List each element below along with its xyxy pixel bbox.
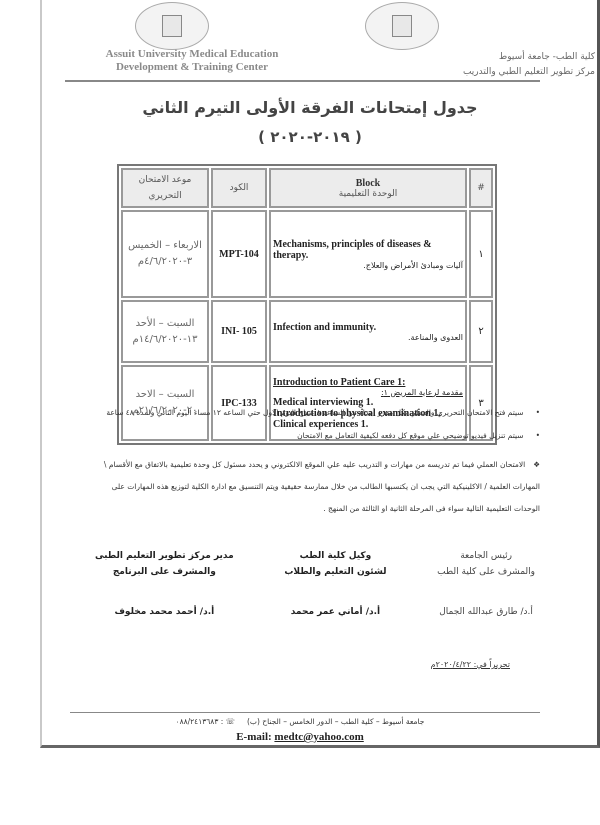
row-date: الاربعاء – الخميس ٣-٤/٦/٢٠٢٠م (121, 210, 209, 298)
header-date: موعد الامتحان التحريري (121, 168, 209, 208)
block-item: Medical interviewing 1. (273, 397, 463, 408)
block-ar: العدوى والمناعة. (273, 333, 463, 342)
row-num: ٢ (469, 300, 493, 363)
table-row: ١ Mechanisms, principles of diseases & t… (121, 210, 493, 298)
sig-name: أ.د/ طارق عبدالله الجمال (437, 604, 535, 620)
email-link[interactable]: medtc@yahoo.com (274, 731, 363, 743)
date-value: ١٣-١٤/٦/٢٠٢٠م (125, 332, 205, 348)
footer-phone: ☏ : ٠٨٨/٢٤١٣٦٨٣ (176, 717, 236, 726)
page-title: جدول إمتحانات الفرقة الأولى التيرم الثان… (100, 98, 520, 117)
sig-title1: مدير مركز تطوير التعليم الطبى (95, 548, 234, 564)
issue-date: تحريراً في: ٢٠٢٠/٤/٢٢م (380, 660, 510, 669)
signature-center-director: مدير مركز تطوير التعليم الطبى والمشرف عل… (95, 548, 234, 620)
page-subtitle: ( ٢٠١٩-٢٠٢٠ ) (100, 128, 520, 146)
sig-title2: والمشرف على كلية الطب (437, 564, 535, 580)
header-num: # (469, 168, 493, 208)
practical-line-3: الوحدات التعليمية التالية سواء فى المرحل… (60, 498, 540, 520)
table-row: ٢ Infection and immunity. العدوى والمناع… (121, 300, 493, 363)
header-en-line2: Development & Training Center (82, 61, 302, 74)
header-divider (65, 80, 540, 82)
faculty-logo-icon (135, 2, 209, 50)
center-logo-icon (365, 2, 439, 50)
date-days: السبت – الاحد (125, 387, 205, 403)
row-code: INI- 105 (211, 300, 267, 363)
signature-vice-dean: وكيل كلية الطب لشئون التعليم والطلاب أ.د… (284, 548, 386, 620)
diamond-bullet-icon: ❖ (533, 460, 540, 469)
sig-title2: لشئون التعليم والطلاب (284, 564, 386, 580)
footer-contact: جامعة أسيوط – كلية الطب – الدور الخامس –… (130, 717, 470, 726)
row-block: Infection and immunity. العدوى والمناعة. (269, 300, 467, 363)
header-block: Block الوحدة التعليمية (269, 168, 467, 208)
notes-section: سيتم فتح الامتحان التحريري والعملي بكل م… (60, 408, 540, 520)
date-days: السبت – الأحد (125, 316, 205, 332)
header-block-en: Block (273, 178, 463, 189)
row-date: السبت – الأحد ١٣-١٤/٦/٢٠٢٠م (121, 300, 209, 363)
row-num: ١ (469, 210, 493, 298)
footer-divider (70, 712, 540, 713)
header-code: الكود (211, 168, 267, 208)
block-en: Infection and immunity. (273, 322, 376, 333)
sig-title1: رئيس الجامعة (437, 548, 535, 564)
sig-name: أ.د/ أحمد محمد مخلوف (95, 604, 234, 620)
sig-name: أ.د/ أماني عمر محمد (284, 604, 386, 620)
row-block: Mechanisms, principles of diseases & the… (269, 210, 467, 298)
signatures: مدير مركز تطوير التعليم الطبى والمشرف عل… (95, 548, 535, 620)
header-ar-line1: كلية الطب- جامعة أسيوط (355, 50, 595, 65)
signature-university-president: رئيس الجامعة والمشرف على كلية الطب أ.د/ … (437, 548, 535, 620)
date-days: الاربعاء – الخميس (125, 238, 205, 254)
block-en: Introduction to Patient Care 1: (273, 377, 405, 388)
sig-title2: والمشرف على البرنامج (95, 564, 234, 580)
block-ar: آليات ومبادئ الأمراض والعلاج. (273, 261, 463, 270)
block-en: Mechanisms, principles of diseases & the… (273, 239, 432, 261)
header-block-ar: الوحدة التعليمية (339, 189, 398, 199)
practical-line-1: الامتحان العملي فيما تم تدريسه من مهارات… (104, 460, 525, 469)
row-code: MPT-104 (211, 210, 267, 298)
header-en-line1: Assuit University Medical Education (82, 48, 302, 61)
header-english: Assuit University Medical Education Deve… (82, 48, 302, 74)
note-item: سيتم تنزيل فيديو توضيحي علي موقع كل دفعه… (60, 431, 540, 440)
exam-schedule-table: # Block الوحدة التعليمية الكود موعد الام… (117, 164, 497, 445)
sig-title1: وكيل كلية الطب (284, 548, 386, 564)
table-header-row: # Block الوحدة التعليمية الكود موعد الام… (121, 168, 493, 208)
block-ar: مقدمة لرعاية المريض ١: (273, 388, 463, 397)
practical-exam-note: ❖الامتحان العملي فيما تم تدريسه من مهارا… (60, 454, 540, 520)
email-label: E-mail: (236, 731, 271, 743)
header-arabic: كلية الطب- جامعة أسيوط مركز تطوير التعلي… (355, 50, 595, 80)
footer-address: جامعة أسيوط – كلية الطب – الدور الخامس –… (247, 717, 424, 726)
footer-email: E-mail: medtc@yahoo.com (150, 731, 450, 743)
header-ar-line2: مركز تطوير التعليم الطبي والتدريب (355, 65, 595, 80)
note-item: سيتم فتح الامتحان التحريري والعملي بكل م… (60, 408, 540, 417)
date-value: ٣-٤/٦/٢٠٢٠م (125, 254, 205, 270)
practical-line-2: المهارات العلمية / الاكلينيكية التي يجب … (60, 476, 540, 498)
